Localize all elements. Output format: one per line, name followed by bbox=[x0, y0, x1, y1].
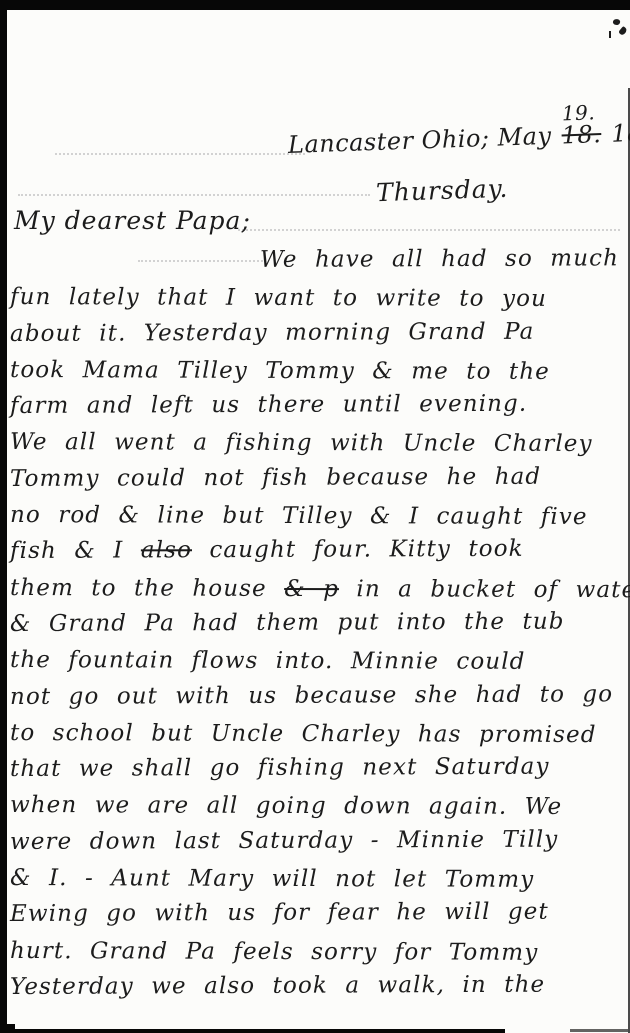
letter-line: farm and left us there until evening. bbox=[10, 386, 625, 425]
letter-line: fun lately that I want to write to you bbox=[10, 279, 625, 317]
letter-line: Tommy could not fish because he had bbox=[10, 458, 625, 497]
scan-border-top bbox=[0, 0, 630, 10]
ruled-line bbox=[18, 194, 370, 196]
line-text: caught four. Kitty took bbox=[192, 536, 524, 563]
struck-word: also bbox=[141, 538, 192, 564]
scan-border-bottom bbox=[0, 1029, 505, 1033]
letter-line: about it. Yesterday morning Grand Pa bbox=[10, 313, 625, 352]
ruled-line bbox=[55, 153, 305, 155]
letter-line: the fountain flows into. Minnie could bbox=[10, 642, 625, 680]
letter-line: that we shall go fishing next Saturday bbox=[10, 748, 625, 787]
letter-line: were down last Saturday - Minnie Tilly bbox=[10, 821, 625, 860]
letter-line: We all went a fishing with Uncle Charley bbox=[10, 424, 625, 462]
letter-line: We have all had so much bbox=[10, 240, 625, 279]
letter-line: not go out with us because she had to go bbox=[10, 676, 625, 715]
dateline-place-month: Lancaster Ohio; May bbox=[288, 122, 552, 159]
struck-word: & p bbox=[284, 576, 339, 602]
scan-border-bottom-right bbox=[570, 1029, 628, 1032]
letter-scan-page: Lancaster Ohio; May 19. 18. 1859. Thursd… bbox=[0, 0, 630, 1033]
ink-speck bbox=[618, 26, 628, 36]
ink-speck bbox=[609, 31, 611, 38]
letter-line: Yesterday we also took a walk, in the bbox=[10, 966, 625, 1005]
letter-line: when we are all going down again. We bbox=[10, 787, 625, 825]
salutation: My dearest Papa; bbox=[14, 206, 251, 235]
letter-line: hurt. Grand Pa feels sorry for Tommy bbox=[10, 933, 625, 971]
ink-speck bbox=[612, 18, 621, 26]
date-year: 1859. bbox=[611, 117, 630, 147]
letter-line: Ewing go with us for fear he will get bbox=[10, 894, 625, 933]
letter-body: We have all had so much fun lately that … bbox=[10, 243, 625, 1005]
line-text: in a bucket of water bbox=[339, 576, 630, 603]
line-text: fish & I bbox=[10, 538, 141, 565]
dateline: Lancaster Ohio; May 19. 18. 1859. bbox=[288, 117, 630, 159]
letter-line: to school but Uncle Charley has promised bbox=[10, 715, 625, 753]
scan-corner-bottom-left bbox=[0, 1024, 15, 1033]
date-day-corrected: 19. bbox=[561, 100, 595, 125]
letter-line-with-correction: fish & I also caught four. Kitty took bbox=[10, 531, 625, 570]
line-text: them to the house bbox=[10, 575, 284, 602]
scan-border-left bbox=[0, 0, 7, 1033]
letter-line: took Mama Tilley Tommy & me to the bbox=[10, 352, 625, 390]
letter-line-with-correction: them to the house & p in a bucket of wat… bbox=[10, 570, 625, 608]
weekday: Thursday. bbox=[376, 174, 509, 208]
letter-line: & Grand Pa had them put into the tub bbox=[10, 603, 625, 642]
date-day-correction: 19. 18. bbox=[561, 120, 602, 149]
ruled-line bbox=[238, 229, 620, 231]
